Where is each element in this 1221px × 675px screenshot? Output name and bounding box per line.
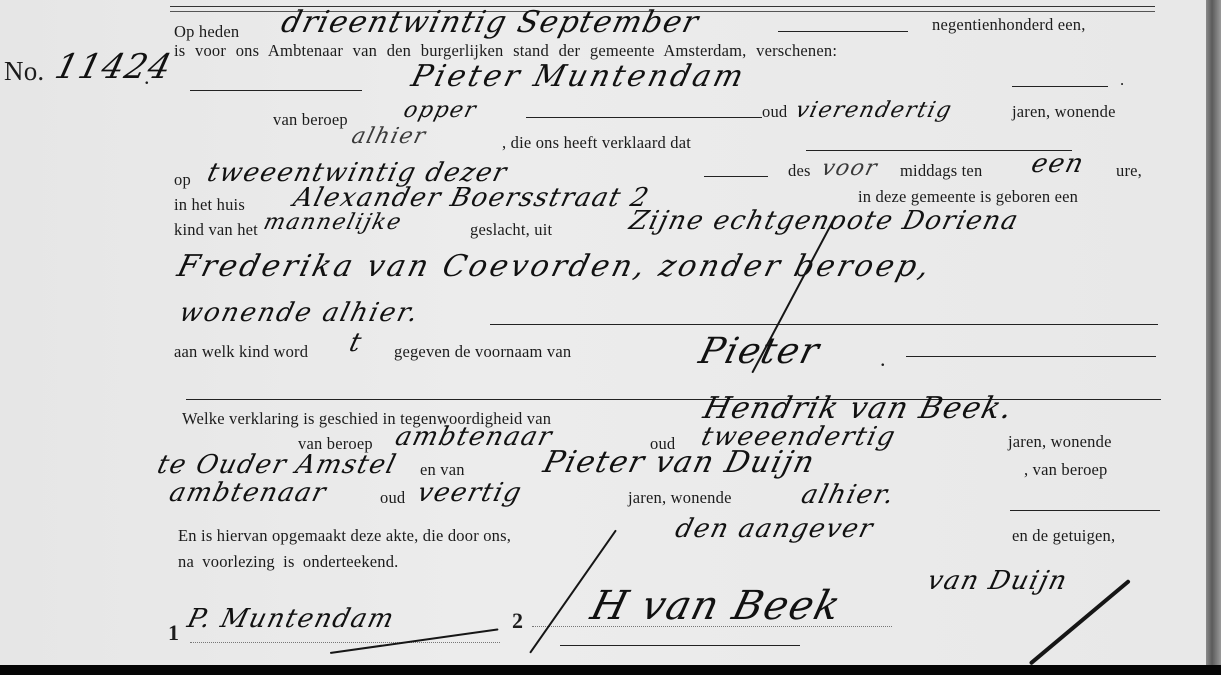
handwritten-declarant-age: vierendertig	[793, 100, 954, 122]
handwritten-witness2-age: veertig	[415, 480, 525, 506]
handwritten-sex: mannelijke	[261, 212, 404, 234]
form-text-jaren-wonende-2: jaren, wonende	[1008, 434, 1112, 451]
record-number-label: No.	[4, 58, 44, 85]
signature-witness1: H van Beek	[587, 586, 845, 626]
signature-declarant: P. Muntendam	[185, 606, 398, 632]
handwritten-declarant-occupation: opper	[401, 100, 479, 122]
handwritten-witness1-residence: te Ouder Amstel	[155, 452, 400, 478]
fill-line	[190, 90, 362, 91]
handwritten-mother-residence: wonende alhier.	[177, 300, 423, 326]
form-text-des: des	[788, 163, 811, 180]
form-text-declared: , die ons heeft verklaard dat	[502, 135, 691, 152]
document-scan: No. 11424 . Op heden drieentwintig Septe…	[0, 0, 1206, 665]
scan-edge-right	[1206, 0, 1221, 675]
fill-line	[490, 324, 1158, 325]
handwritten-mother-name: Zijne echtgenoote Doriena	[627, 208, 1022, 234]
form-text-akte-opgemaakt: En is hiervan opgemaakt deze akte, die d…	[178, 528, 511, 545]
form-text-aan-welk-kind: aan welk kind word	[174, 344, 308, 361]
form-text-middags-ten: middags ten	[900, 163, 982, 180]
form-text-en-van: en van	[420, 462, 465, 479]
form-text-onderteekend: na voorlezing is onderteekend.	[178, 554, 399, 571]
form-text-in-het-huis: in het huis	[174, 197, 245, 214]
form-text-van-beroep: van beroep	[273, 112, 348, 129]
handwritten-address: Alexander Boersstraat 2	[291, 185, 652, 211]
fill-line	[1010, 510, 1160, 511]
form-text-en-de-getuigen: en de getuigen,	[1012, 528, 1115, 545]
form-text-kind-van-het: kind van het	[174, 222, 258, 239]
record-number: 11424	[52, 50, 176, 84]
fill-line	[526, 117, 762, 118]
signature-official: van Duijn	[925, 568, 1071, 594]
fill-line	[806, 150, 1072, 151]
handwritten-voor: voor	[819, 158, 880, 180]
form-text-oud-3: oud	[380, 490, 405, 507]
form-text-voornaam: gegeven de voornaam van	[394, 344, 571, 361]
form-text-born: in deze gemeente is geboren een	[858, 189, 1078, 206]
signature-number-2: 2	[512, 610, 523, 632]
form-text-op: op	[174, 172, 191, 189]
form-text-year: negentienhonderd een,	[932, 17, 1086, 34]
form-text-van-beroep-3: , van beroep	[1024, 462, 1108, 479]
fill-line	[778, 31, 908, 32]
period: .	[1120, 72, 1124, 89]
fill-line	[1012, 86, 1108, 87]
signature-number-1: 1	[168, 622, 179, 644]
form-text-appeared: is voor ons Ambtenaar van den burgerlijk…	[174, 43, 837, 60]
handwritten-witness1-occupation: ambtenaar	[393, 424, 556, 450]
handwritten-witness2-name: Pieter van Duijn	[540, 448, 818, 478]
handwritten-given-name: Pieter	[696, 334, 824, 370]
form-text-geslacht-uit: geslacht, uit	[470, 222, 552, 239]
scan-edge-bottom	[0, 665, 1221, 675]
signature-line-2	[532, 626, 892, 627]
handwritten-date: drieentwintig September	[278, 8, 702, 38]
signature-underline-2	[560, 645, 800, 646]
form-text-op-heden: Op heden	[174, 24, 239, 41]
form-text-ure: ure,	[1116, 163, 1142, 180]
handwritten-signer: den aangever	[673, 516, 877, 542]
handwritten-witness2-occupation: ambtenaar	[167, 480, 330, 506]
handwritten-mother-name-cont: Frederika van Coevorden, zonder beroep,	[174, 252, 935, 282]
form-text-oud: oud	[762, 104, 787, 121]
handwritten-witness2-residence: alhier.	[799, 482, 898, 508]
form-text-jaren-wonende-3: jaren, wonende	[628, 490, 732, 507]
handwritten-witness1-name: Hendrik van Beek.	[700, 394, 1016, 424]
fill-line	[704, 176, 768, 177]
handwritten-declarant-residence: alhier	[349, 126, 428, 148]
fill-line	[906, 356, 1156, 357]
period: .	[880, 348, 886, 370]
handwritten-count: t	[347, 330, 365, 356]
handwritten-declarant-name: Pieter Muntendam	[408, 62, 749, 92]
handwritten-hour: een	[1029, 151, 1088, 177]
form-text-jaren-wonende: jaren, wonende	[1012, 104, 1116, 121]
signature-line-1	[190, 642, 500, 643]
record-number-period: .	[144, 66, 150, 88]
